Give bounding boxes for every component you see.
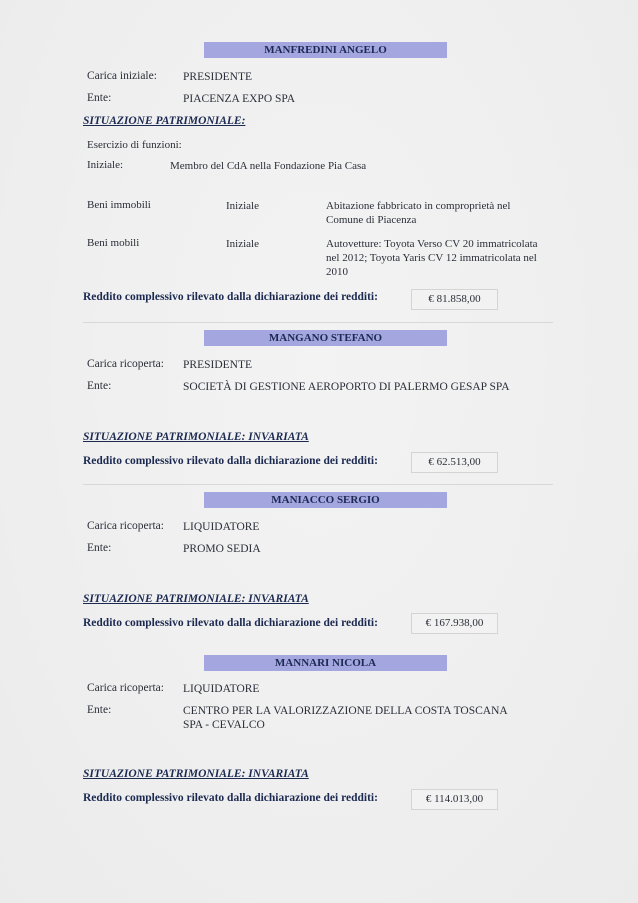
esercizio-label: Esercizio di funzioni: (87, 139, 182, 151)
ente-label: Ente: (87, 380, 111, 392)
ente-value: PROMO SEDIA (183, 542, 261, 556)
beni-stage: Iniziale (226, 199, 259, 213)
situazione-patrimoniale-heading: SITUAZIONE PATRIMONIALE: (83, 115, 245, 127)
divider (83, 322, 553, 323)
reddito-amount: € 81.858,00 (411, 289, 498, 310)
beni-type: Beni immobili (87, 199, 151, 211)
ente-label: Ente: (87, 542, 111, 554)
carica-label: Carica ricoperta: (87, 682, 164, 694)
ente-value-line: CENTRO PER LA VALORIZZAZIONE DELLA COSTA… (183, 704, 508, 718)
reddito-amount: € 62.513,00 (411, 452, 498, 473)
carica-value: LIQUIDATORE (183, 682, 259, 696)
document-page: MANFREDINI ANGELO Carica iniziale: PRESI… (0, 0, 638, 903)
ente-value: SOCIETÀ DI GESTIONE AEROPORTO DI PALERMO… (183, 380, 510, 394)
beni-type: Beni mobili (87, 237, 139, 249)
reddito-label: Reddito complessivo rilevato dalla dichi… (83, 792, 378, 804)
situazione-patrimoniale-heading: SITUAZIONE PATRIMONIALE: INVARIATA (83, 431, 309, 443)
ente-value: PIACENZA EXPO SPA (183, 92, 295, 106)
carica-label: Carica ricoperta: (87, 520, 164, 532)
reddito-label: Reddito complessivo rilevato dalla dichi… (83, 455, 378, 467)
situazione-patrimoniale-heading: SITUAZIONE PATRIMONIALE: INVARIATA (83, 768, 309, 780)
beni-description-line: nel 2012; Toyota Yaris CV 12 immatricola… (326, 251, 538, 265)
record-name-header: MANIACCO SERGIO (204, 492, 447, 508)
reddito-label: Reddito complessivo rilevato dalla dichi… (83, 291, 378, 303)
carica-label: Carica iniziale: (87, 70, 157, 82)
ente-value: CENTRO PER LA VALORIZZAZIONE DELLA COSTA… (183, 704, 508, 732)
ente-value-line: SPA - CEVALCO (183, 718, 508, 732)
carica-label: Carica ricoperta: (87, 358, 164, 370)
ente-label: Ente: (87, 92, 111, 104)
record-name-header: MANFREDINI ANGELO (204, 42, 447, 58)
carica-value: PRESIDENTE (183, 70, 252, 84)
carica-value: LIQUIDATORE (183, 520, 259, 534)
record-name-header: MANGANO STEFANO (204, 330, 447, 346)
carica-value: PRESIDENTE (183, 358, 252, 372)
beni-description-line: 2010 (326, 265, 538, 279)
reddito-label: Reddito complessivo rilevato dalla dichi… (83, 617, 378, 629)
reddito-amount: € 167.938,00 (411, 613, 498, 634)
beni-description-line: Abitazione fabbricato in comproprietà ne… (326, 199, 510, 213)
ente-label: Ente: (87, 704, 111, 716)
beni-description-line: Autovetture: Toyota Verso CV 20 immatric… (326, 237, 538, 251)
reddito-amount: € 114.013,00 (411, 789, 498, 810)
record-name-header: MANNARI NICOLA (204, 655, 447, 671)
beni-description: Abitazione fabbricato in comproprietà ne… (326, 199, 510, 227)
beni-stage: Iniziale (226, 237, 259, 251)
iniziale-value: Membro del CdA nella Fondazione Pia Casa (170, 159, 366, 173)
situazione-patrimoniale-heading: SITUAZIONE PATRIMONIALE: INVARIATA (83, 593, 309, 605)
beni-description-line: Comune di Piacenza (326, 213, 510, 227)
divider (83, 484, 553, 485)
iniziale-label: Iniziale: (87, 159, 123, 171)
beni-description: Autovetture: Toyota Verso CV 20 immatric… (326, 237, 538, 279)
